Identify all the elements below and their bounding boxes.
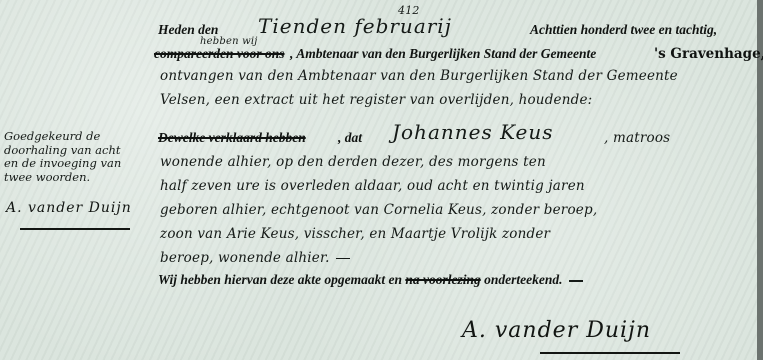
margin-signature: A. vander Duijn [6,200,132,216]
margin-line-1: Goedgekeurd de [4,130,121,144]
line-10-text: beroep, wonende alhier. [160,250,330,266]
line-11: Wij hebben hiervan deze akte opgemaakt e… [158,272,583,288]
line-2-municipality: 's Gravenhage, [654,46,763,62]
line-11-struck: na voorlezing [405,272,480,287]
line-1-year: Achttien honderd twee en tachtig, [530,22,717,38]
official-signature-flourish [540,352,680,354]
deceased-name: Johannes Keus [392,120,553,144]
line-3: ontvangen van den Ambtenaar van den Burg… [160,68,678,84]
margin-signature-flourish [20,228,130,230]
line-11-text-b: onderteekend. [484,272,562,287]
line-9: zoon van Arie Keus, visscher, en Maartje… [160,226,550,242]
line-2-struck: compareerden voor ons [154,46,285,62]
line-4: Velsen, een extract uit het register van… [160,92,592,108]
line-5-dat: , dat [338,130,362,146]
line-1-date: Tienden februarij [258,14,452,38]
line-11-text-a: Wij hebben hiervan deze akte opgemaakt e… [158,272,402,287]
margin-line-2: doorhaling van acht [4,144,121,158]
line-7: half zeven ure is overleden aldaar, oud … [160,178,585,194]
official-signature: A. vander Duijn [462,318,651,343]
margin-line-4: twee woorden. [4,171,121,185]
closing-dash [336,258,350,260]
margin-note: Goedgekeurd de doorhaling van acht en de… [4,130,121,184]
line-2-official: , Ambtenaar van den Burgerlijken Stand d… [290,46,596,62]
line-8: geboren alhier, echtgenoot van Cornelia … [160,202,597,218]
margin-line-3: en de invoeging van [4,157,121,171]
line-5-struck: Dewelke verklaard hebben [158,130,306,146]
closing-dash-2 [569,280,583,282]
line-6: wonende alhier, op den derden dezer, des… [160,154,546,170]
line-10: beroep, wonende alhier. [160,250,350,266]
line-5-occupation: , matroos [604,130,670,146]
